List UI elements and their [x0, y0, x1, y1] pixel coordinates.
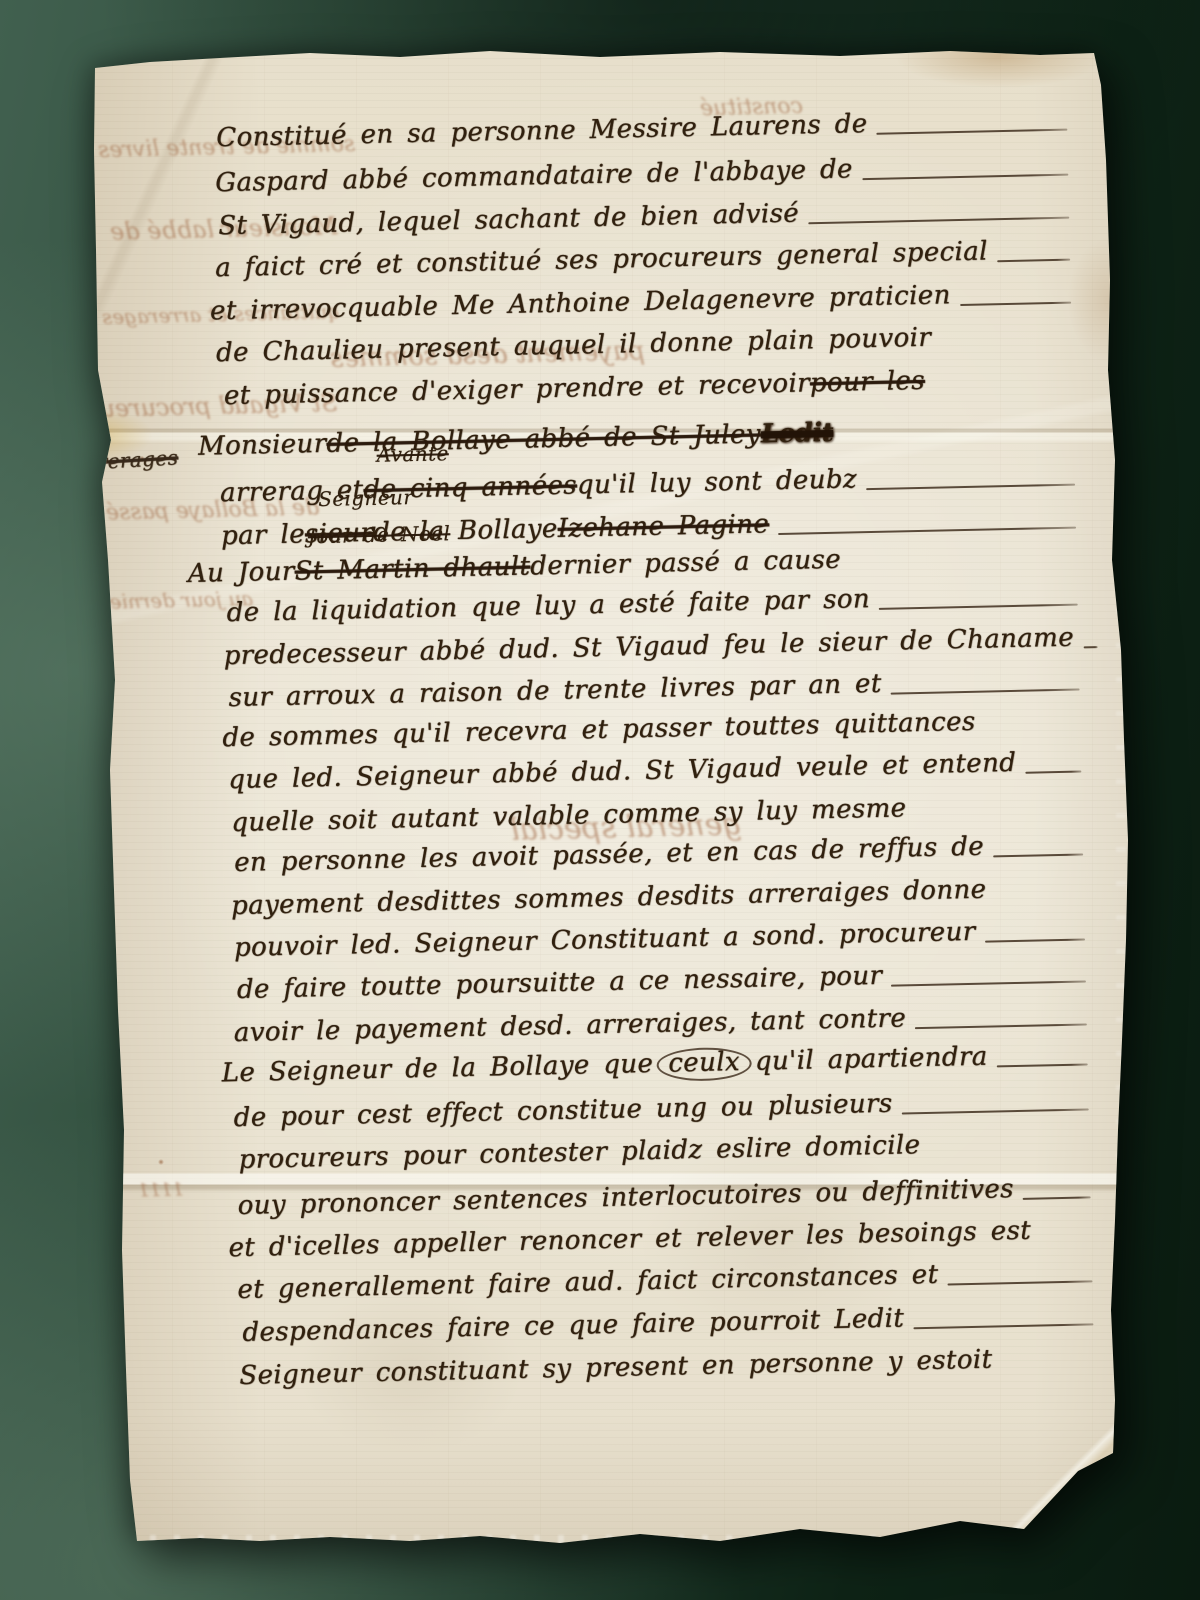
line-filler-stroke: [891, 688, 1080, 694]
text-run: Ledit: [760, 418, 833, 450]
text-run: de faire toutte poursuitte a ce nessaire…: [237, 961, 883, 1005]
photo-background: somme de trente livresMonsieur labbé deq…: [0, 0, 1200, 1600]
text-run: de pour cest effect constitue ung ou plu…: [233, 1089, 892, 1133]
blotted-struck-text: Ledit: [760, 413, 833, 455]
circled-text: ceulx: [653, 1042, 756, 1084]
line-filler-stroke: [902, 1108, 1089, 1114]
line-filler-stroke: [1025, 770, 1081, 773]
line-filler-stroke: [866, 483, 1075, 490]
struck-text: pour les: [810, 361, 926, 403]
text-run: dernier passé a cause: [530, 545, 841, 582]
struck-text: arrerages: [74, 437, 179, 483]
text-layer: Constitué en sa personne Messire Laurens…: [64, 28, 1157, 1561]
text-run: Izehane Pagine: [557, 509, 769, 544]
text-run: qu'il apartiendra: [755, 1042, 988, 1077]
line-filler-stroke: [1023, 1196, 1091, 1200]
handwritten-text: Au Jour: [187, 552, 295, 594]
handwritten-text: et puissance d'exiger prendre et recevoi…: [224, 363, 811, 416]
line-filler-stroke: [913, 1323, 1093, 1329]
handwritten-text: par le: [221, 514, 306, 556]
text-run: Seigneur constituant sy present en perso…: [239, 1345, 993, 1391]
text-run: Constitué en sa personne Messire Laurens…: [216, 109, 868, 153]
text-run: et puissance d'exiger prendre et recevoi…: [224, 368, 811, 411]
line-filler-stroke: [1083, 646, 1097, 648]
margin-annotation: arrerages: [74, 437, 179, 483]
manuscript-page: somme de trente livresMonsieur labbé deq…: [80, 40, 1140, 1550]
text-run: Au Jour: [188, 557, 295, 589]
line-filler-stroke: [877, 128, 1068, 134]
line-filler-stroke: [948, 1280, 1093, 1285]
handwritten-text: Monsieur: [198, 424, 327, 467]
line-filler-stroke: [808, 216, 1069, 224]
struck-text: St Martin dhaultJour de Noel: [294, 546, 530, 591]
handwritten-text: Constitué en sa personne Messire Laurens…: [216, 104, 868, 158]
text-run: Le Seigneur de la Bollaye que: [221, 1049, 653, 1088]
text-run: Monsieur: [198, 429, 327, 462]
line-filler-stroke: [960, 301, 1071, 306]
handwritten-text: Le Seigneur de la Bollaye que: [221, 1044, 653, 1093]
paper-shadow-wrap: somme de trente livresMonsieur labbé deq…: [0, 0, 1200, 1600]
line-filler-stroke: [862, 173, 1068, 180]
handwritten-text: qu'il apartiendra: [754, 1037, 988, 1082]
line-filler-stroke: [985, 938, 1085, 942]
text-run: par le: [221, 519, 306, 551]
line-filler-stroke: [915, 1023, 1087, 1029]
text-run: pour les: [810, 366, 926, 399]
text-run: et generallement faire aud. faict circon…: [237, 1260, 939, 1305]
text-run: procureurs pour contester plaidz eslire …: [238, 1130, 920, 1175]
interlinear-insertion: Seigneur: [318, 487, 414, 509]
text-run: despendances faire ce que faire pourroit…: [242, 1304, 904, 1348]
text-run: Gaspard abbé commandataire de l'abbaye d…: [215, 154, 853, 198]
text-run: St Vigaud, lequel sachant de bien advisé: [218, 199, 799, 242]
text-run: ceulx: [656, 1047, 752, 1082]
text-run: St Martin dhault: [294, 551, 530, 586]
text-run: de Chaulieu present auquel il donne plai…: [216, 323, 932, 369]
line-filler-stroke: [993, 853, 1083, 857]
line-filler-stroke: [778, 526, 1076, 535]
text-run: arrerages: [75, 445, 179, 475]
handwritten-text: qu'il luy sont deubz: [577, 459, 858, 505]
line-filler-stroke: [997, 1063, 1088, 1067]
line-filler-stroke: [879, 603, 1078, 610]
text-run: de la liquidation que luy a esté faite p…: [226, 584, 870, 628]
interlinear-insertion: Jour de Noel: [308, 523, 451, 546]
text-run: qu'il luy sont deubz: [577, 464, 858, 500]
handwritten-text: dernier passé a cause: [530, 540, 842, 587]
line-filler-stroke: [891, 980, 1086, 986]
line-filler-stroke: [997, 258, 1070, 262]
interlinear-insertion: Avante: [376, 443, 448, 465]
